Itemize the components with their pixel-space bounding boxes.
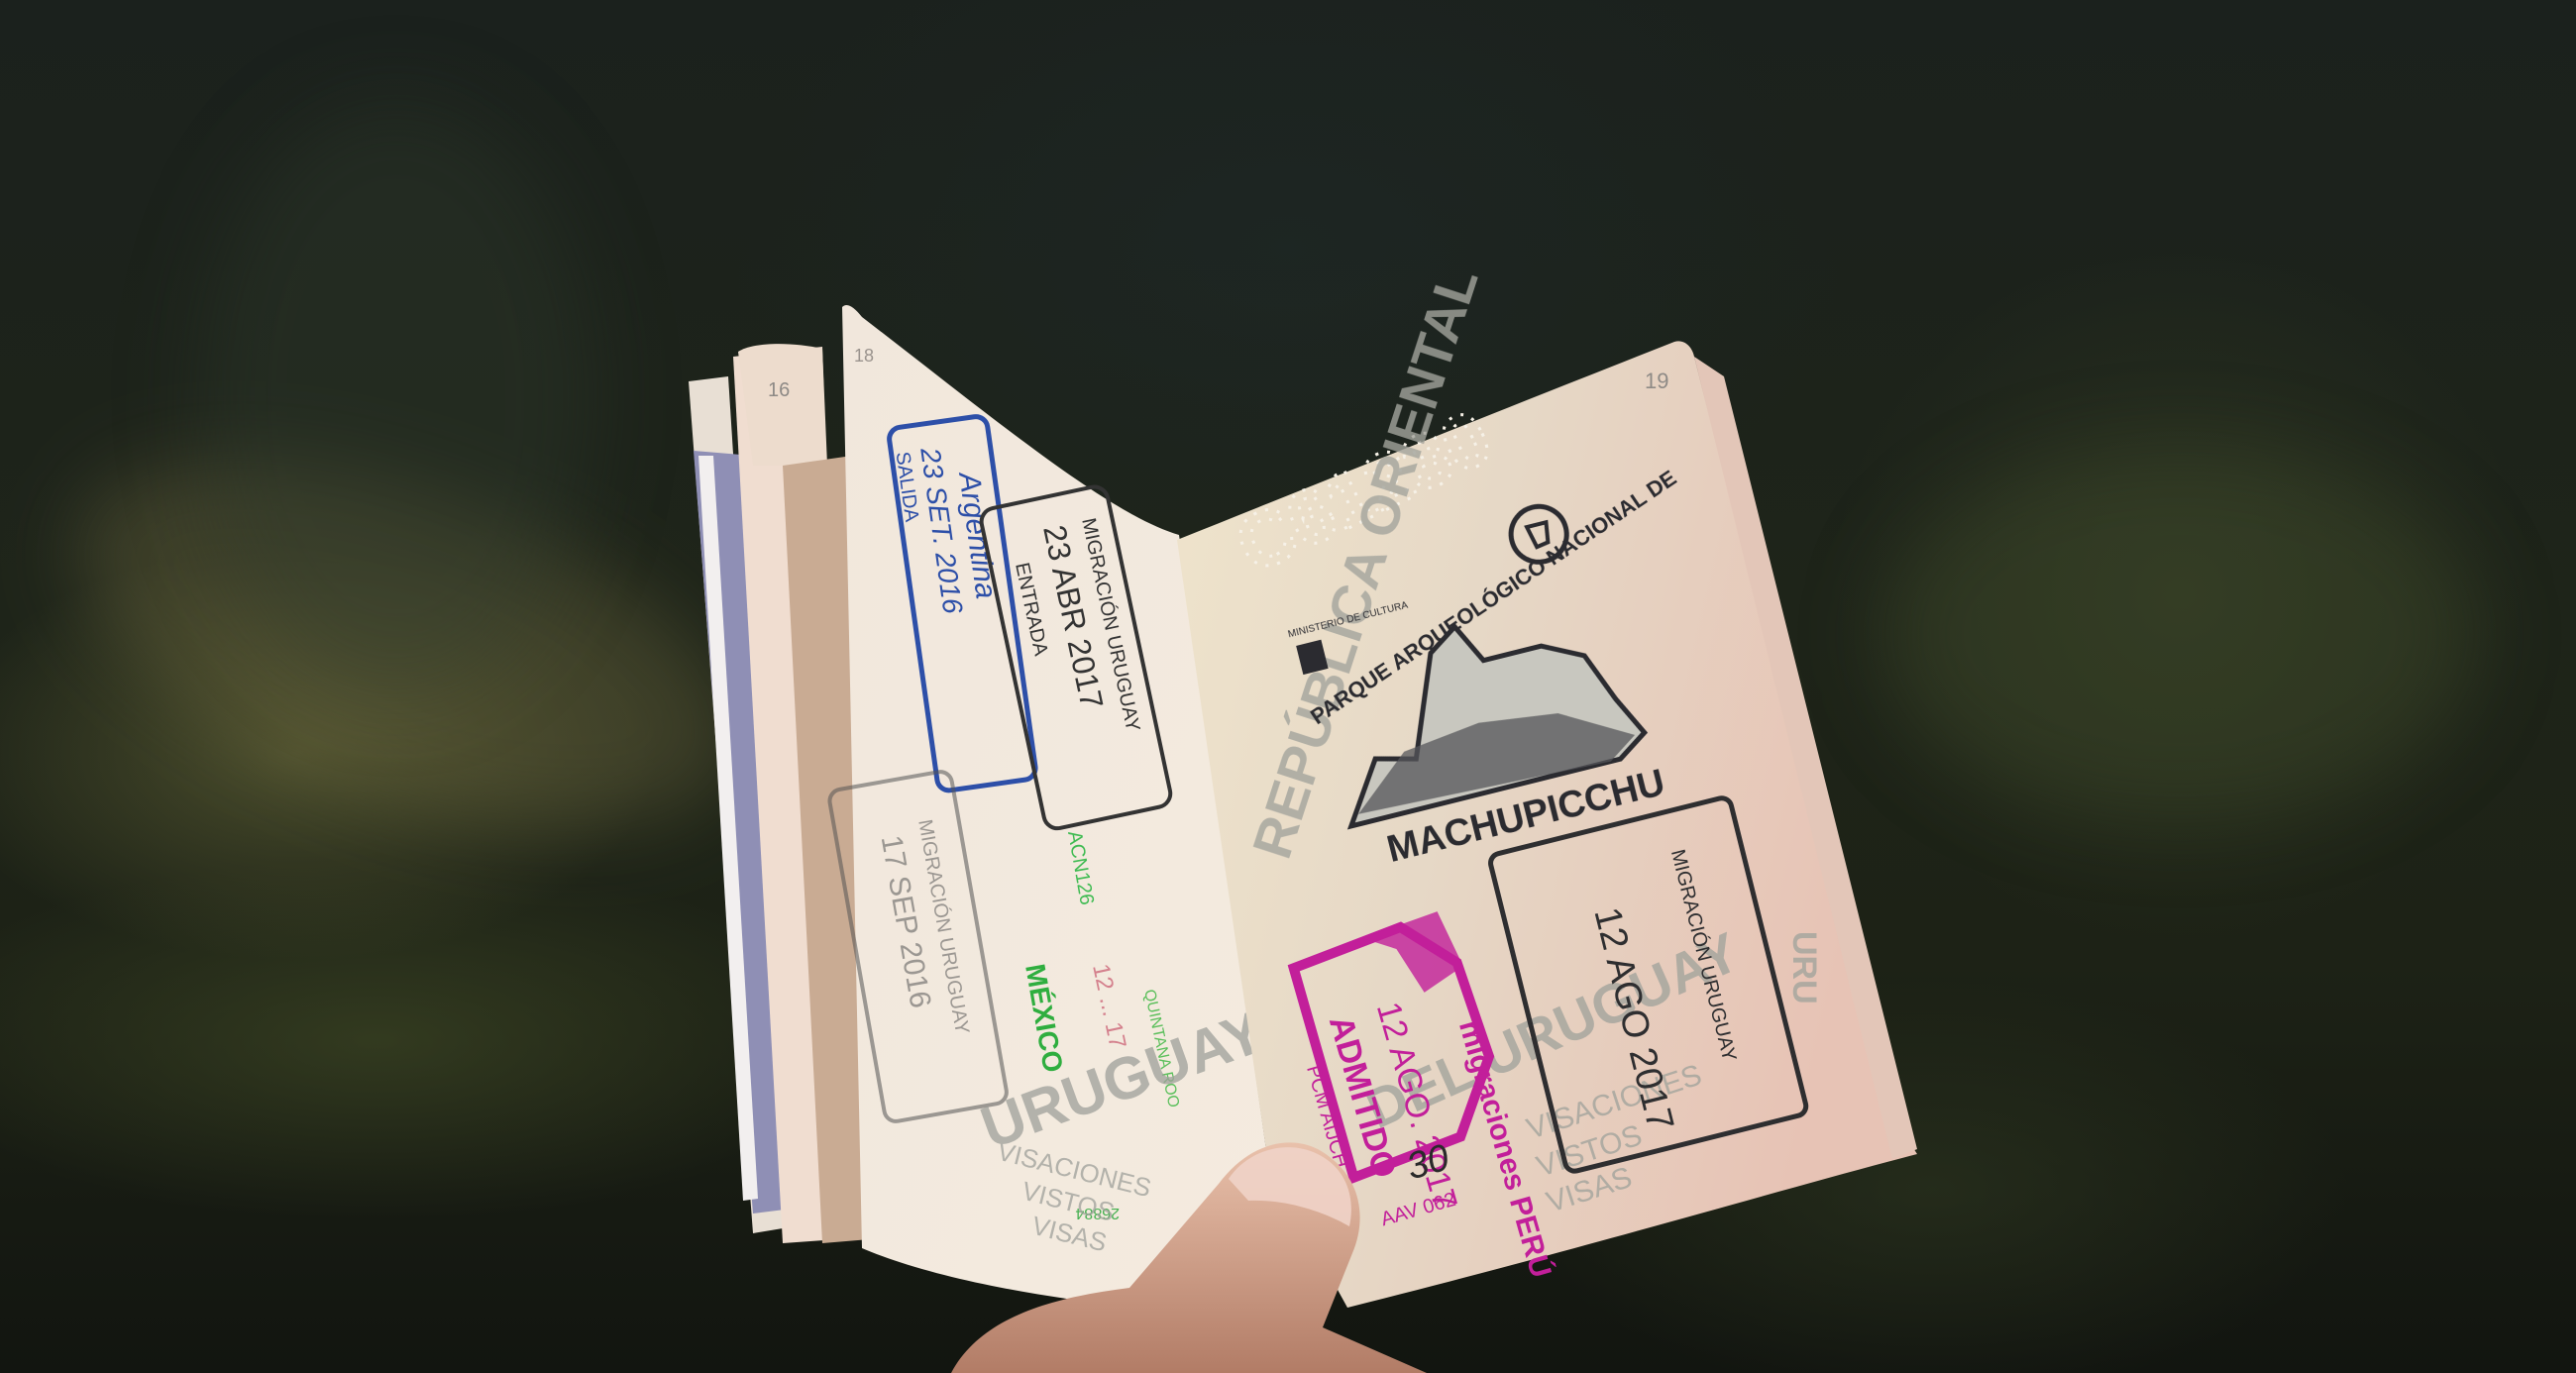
under-page-number: 16	[768, 379, 790, 401]
left-page: 18 Argentina 23 SET. 2016 SALIDA MIGRACI…	[828, 305, 1273, 1308]
passport-scene: 16 18 Argentina 23 SET. 2016 SALIDA MIGR…	[0, 0, 2576, 1373]
page-number-19: 19	[1645, 369, 1668, 393]
svg-text:URU: URU	[1785, 931, 1823, 1004]
page-number-18: 18	[854, 346, 874, 366]
